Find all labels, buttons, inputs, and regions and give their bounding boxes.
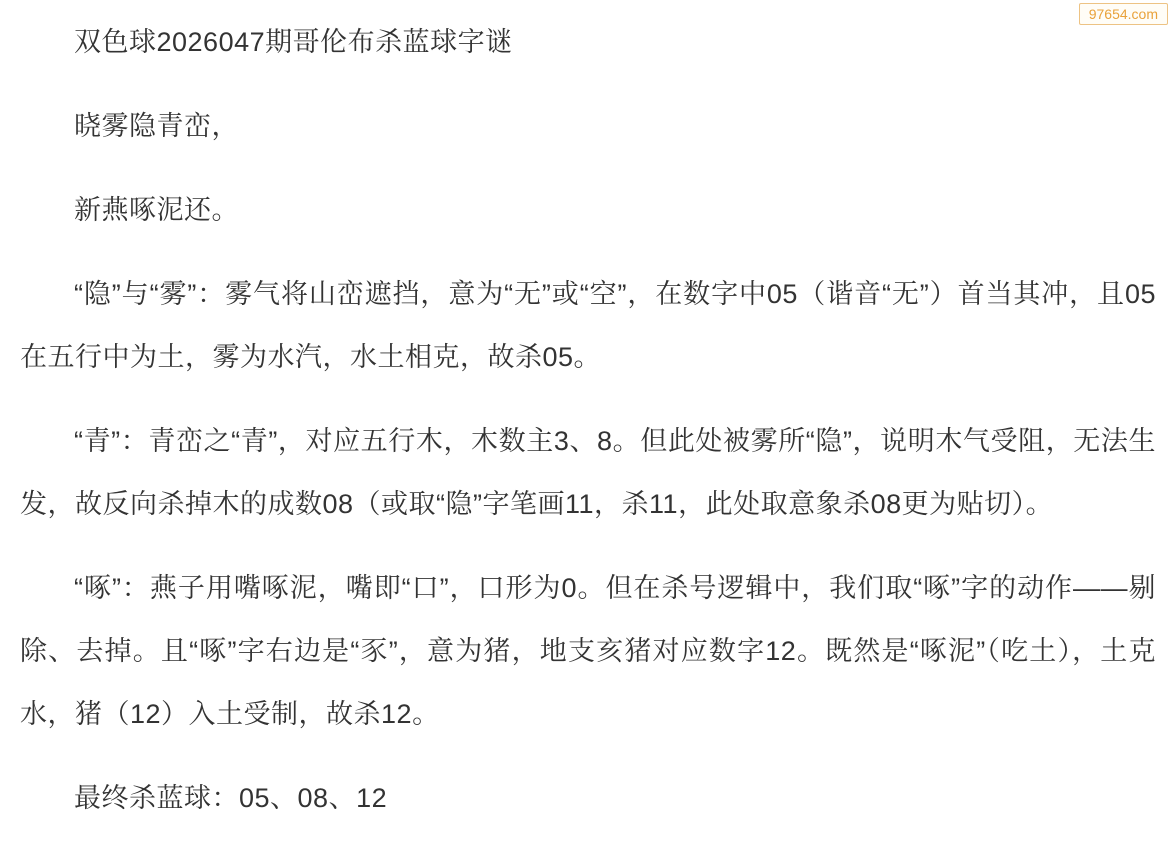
poem-line-2: 新燕啄泥还。 bbox=[20, 179, 1156, 242]
analysis-paragraph-qing: “青”：青峦之“青”，对应五行木，木数主3、8。但此处被雾所“隐”，说明木气受阻… bbox=[20, 410, 1156, 536]
lottery-article: 双色球2026047期哥伦布杀蓝球字谜 晓雾隐青峦， 新燕啄泥还。 “隐”与“雾… bbox=[0, 0, 1174, 830]
analysis-paragraph-zhuo: “啄”：燕子用嘴啄泥，嘴即“口”，口形为0。但在杀号逻辑中，我们取“啄”字的动作… bbox=[20, 557, 1156, 746]
site-watermark-badge[interactable]: 97654.com bbox=[1079, 3, 1168, 25]
analysis-paragraph-yin-wu: “隐”与“雾”：雾气将山峦遮挡，意为“无”或“空”，在数字中05（谐音“无”）首… bbox=[20, 263, 1156, 389]
final-kill-numbers-line: 最终杀蓝球：05、08、12 bbox=[20, 767, 1156, 830]
article-title: 双色球2026047期哥伦布杀蓝球字谜 bbox=[20, 11, 1156, 74]
poem-line-1: 晓雾隐青峦， bbox=[20, 95, 1156, 158]
